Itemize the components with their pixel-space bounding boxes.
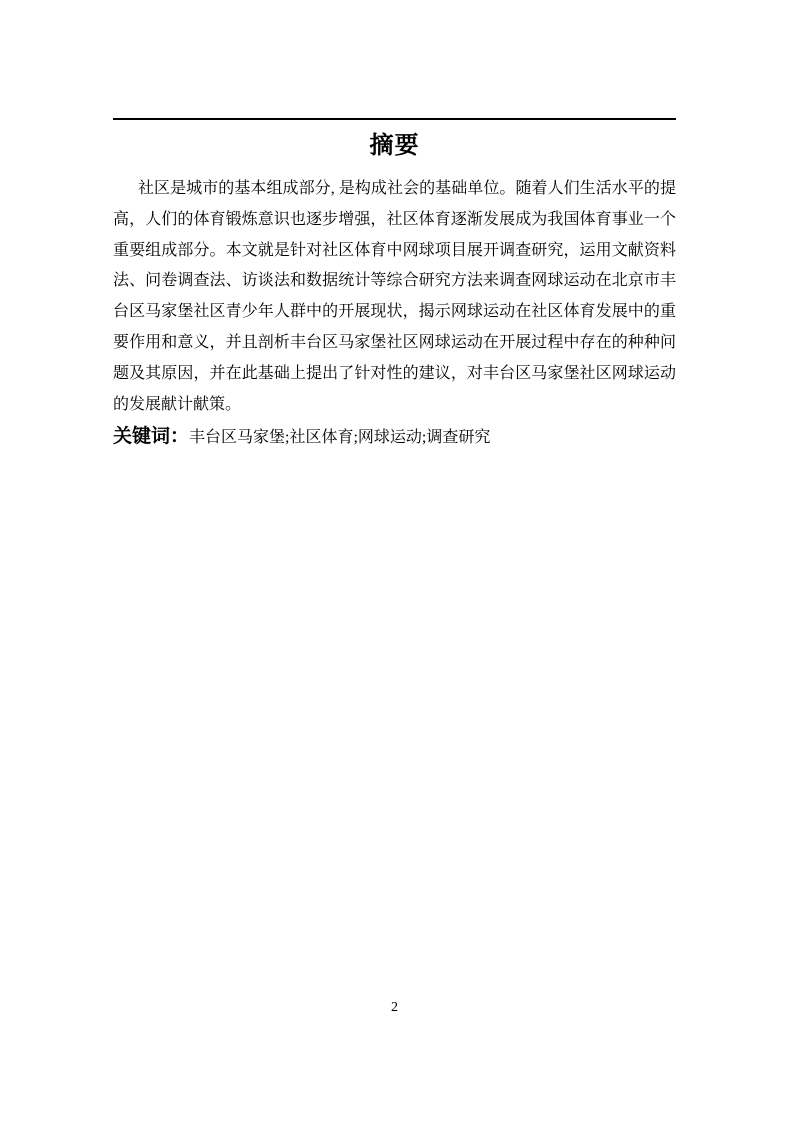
keywords-label: 关键词： xyxy=(113,426,189,447)
keywords-text: 丰台区马家堡;社区体育;网球运动;调查研究 xyxy=(189,429,490,446)
keywords-line: 关键词：丰台区马家堡;社区体育;网球运动;调查研究 xyxy=(113,421,676,454)
abstract-title: 摘要 xyxy=(113,130,676,163)
document-page: 摘要 社区是城市的基本组成部分, 是构成社会的基础单位。随着人们生活水平的提高，… xyxy=(0,0,793,1122)
page-number: 2 xyxy=(113,999,676,1017)
header-divider-line xyxy=(113,118,676,120)
abstract-paragraph: 社区是城市的基本组成部分, 是构成社会的基础单位。随着人们生活水平的提高，人们的… xyxy=(113,174,676,420)
